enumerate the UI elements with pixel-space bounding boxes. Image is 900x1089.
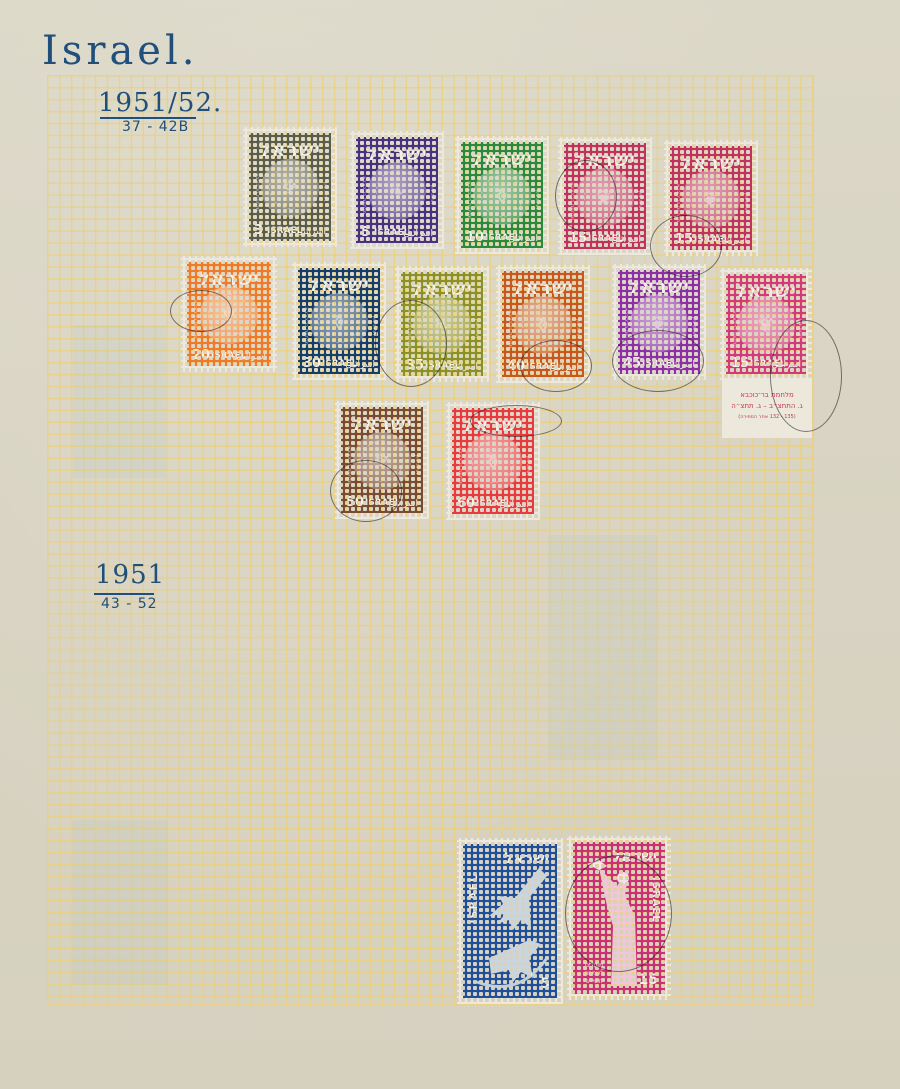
side-inscription: מלחמת בר־כוכבא xyxy=(252,165,260,219)
stamp-value: 50 xyxy=(346,495,364,510)
side-inscription: חרות ציון xyxy=(320,165,328,219)
stamp-country-arabic: اسرائيل xyxy=(665,360,695,370)
section-year-label: 1951/52. xyxy=(98,88,222,118)
stamp-design: ישראל⚱מלחמת בר־כוכבאחרות ציון40ISRAELاسر… xyxy=(502,271,584,377)
stamp-coin-15[interactable]: ישראל❦מלחמת בר־כוכבאחרות ציון15ISRAELاسر… xyxy=(558,137,652,255)
side-inscription: מלחמת בר־כוכבא xyxy=(404,304,412,354)
side-inscription: חרות ציון xyxy=(573,303,581,355)
stamp-design: ישראל❧מלחמת בר־כוכבאחרות ציון5ISRAELاسرا… xyxy=(356,137,438,243)
catalogue-range: 37 - 42B xyxy=(122,119,189,135)
side-inscription: מלחמת בר־כוכבא xyxy=(567,175,575,227)
side-inscription: חרות ציון xyxy=(472,304,480,354)
stamp-value: 30 xyxy=(303,356,321,371)
stamp-tab: מלחמת בר־כוכבאג. התתצ״ב – ג. תתצ״ה(135 -… xyxy=(722,380,812,438)
stamp-value: 20 xyxy=(192,348,210,363)
stamp-design: ישראל♆מלחמת בר־כוכבאחרות ציון3ISRAELاسرا… xyxy=(249,133,331,241)
stamp-country-arabic: اسرائيل xyxy=(448,362,478,372)
stamp-value: 60 xyxy=(457,496,475,511)
side-inscription: מלחמת בר־כוכבא xyxy=(673,178,681,228)
coin-motif-icon: ❦ xyxy=(597,185,614,209)
tab-line: ג. התתצ״ב – ג. תתצ״ה xyxy=(722,401,812,412)
coin-motif-icon: ⚱ xyxy=(485,450,502,474)
side-inscription: מלחמת בר־כוכבא xyxy=(190,294,198,344)
stamp-commemorative-5[interactable]: ישראלISRAEL5 xyxy=(457,838,563,1004)
album-page: Israel. 1951/52. 37 - 42B 1951 43 - 52 י… xyxy=(0,0,900,1089)
side-inscription: מלחמת בר־כוכבא xyxy=(729,306,737,352)
side-inscription: מלחמת בר־כוכבא xyxy=(359,169,367,221)
stamp-country-arabic: اسرائيل xyxy=(611,235,641,245)
stamp-value: 10 xyxy=(466,230,484,245)
stamp-coin-15[interactable]: ישראל❦מלחמת בר־כוכבאחרות ציון15ISRAELاسر… xyxy=(664,140,758,256)
side-inscription: חרות ציון xyxy=(260,294,268,344)
coin-motif-icon: ⚱ xyxy=(494,184,511,208)
coin-icon: ♆ xyxy=(200,286,258,344)
stamp-design: ישראל❦מלחמת בר־כוכבאחרות ציון15ISRAELاسر… xyxy=(726,274,806,374)
stamp-coin-30[interactable]: ישראל⚱מלחמת בר־כוכבאחרות ציון30ISRAELاسر… xyxy=(292,262,386,380)
coin-motif-icon: ❧ xyxy=(434,313,451,337)
stamp-coin-20[interactable]: ישראל♆מלחמת בר־כוכבאחרות ציון20ISRAELاسر… xyxy=(181,256,277,372)
stamp-value: 15 xyxy=(731,356,749,371)
stamp-value: 15 xyxy=(675,232,693,247)
stamp-bottom-inscription: מועדים לשמחה תשי״ב xyxy=(577,962,611,986)
stamp-coin-50[interactable]: ישראל♆מלחמת בר־כוכבאחרות ציון50ISRAELاسر… xyxy=(335,401,429,519)
side-inscription: מלחמת בר־כוכבא xyxy=(621,302,629,352)
stamp-design: ישראלISRAEL15מועדים לשמחה תשי״ב xyxy=(573,842,665,994)
tab-line: מלחמת בר־כוכבא xyxy=(722,390,812,401)
side-inscription: חרות ציון xyxy=(523,440,531,492)
stamp-design: ישראל❦מלחמת בר־כוכבאחרות ציון15ISRAELاسر… xyxy=(670,146,752,250)
stamp-coin-60[interactable]: ישראל⚱מלחמת בר־כוכבאחרות ציון60ISRAELاسر… xyxy=(446,402,540,520)
side-inscription: חרות ציון xyxy=(412,439,420,491)
side-inscription: חרות ציון xyxy=(689,302,697,352)
section-year-label: 1951 xyxy=(95,560,165,590)
stamp-country-arabic: اسرائيل xyxy=(296,227,326,237)
stamp-country-arabic: اسرائيل xyxy=(549,363,579,373)
coin-icon: ❦ xyxy=(630,294,688,352)
coin-icon: ❧ xyxy=(413,296,471,354)
stamp-value: 5 xyxy=(361,225,370,240)
coin-icon: ❧ xyxy=(368,162,426,220)
side-inscription: חרות ציון xyxy=(532,174,540,226)
stamp-design: ישראל⚱מלחמת בר־כוכבאחרות ציון10ISRAELاسر… xyxy=(461,142,543,248)
coin-motif-icon: ⚱ xyxy=(331,310,348,334)
side-inscription: חרות ציון xyxy=(369,300,377,352)
side-inscription: חרות ציון xyxy=(427,169,435,221)
stamp-design: ישראל❦מלחמת בר־כוכבאחרות ציון45ISRAELاسر… xyxy=(618,270,700,374)
stamp-design: ישראל♆מלחמת בר־כוכבאחרות ציון20ISRAELاسر… xyxy=(187,262,271,366)
stamp-country-arabic: اسرائيل xyxy=(403,229,433,239)
coin-icon: ⚱ xyxy=(514,296,572,354)
stamp-value: 3 xyxy=(254,223,263,238)
stamp-coin-5[interactable]: ישראל❧מלחמת בר־כוכבאחרות ציון5ISRAELاسرا… xyxy=(350,131,444,249)
side-inscription: מלחמת בר־כוכבא xyxy=(455,440,463,492)
stamp-hebrew-country: ישראל xyxy=(249,139,331,161)
stamp-value: 45 xyxy=(623,356,641,371)
coin-motif-icon: ❧ xyxy=(389,179,406,203)
year-underline xyxy=(94,593,154,595)
side-inscription: מלחמת בר־כוכבא xyxy=(344,439,352,491)
stamp-country-arabic: اسرائيل xyxy=(236,352,266,362)
stamp-country-arabic: اسرائيل xyxy=(717,236,747,246)
coin-icon: ♆ xyxy=(261,159,319,217)
stamp-design: ישראלISRAEL5 xyxy=(463,844,557,998)
side-inscription: מלחמת בר־כוכבא xyxy=(464,174,472,226)
stamp-coin-40[interactable]: ישראל⚱מלחמת בר־כוכבאחרות ציון40ISRAELاسر… xyxy=(496,265,590,383)
side-inscription: מלחמת בר־כוכבא xyxy=(505,303,513,355)
stamp-design: ישראל⚱מלחמת בר־כוכבאחרות ציון30ISRAELاسر… xyxy=(298,268,380,374)
stamp-commemorative-15[interactable]: ישראלISRAEL15מועדים לשמחה תשי״ב xyxy=(567,836,671,1000)
coin-motif-icon: ♆ xyxy=(373,449,391,473)
country-heading: Israel. xyxy=(42,28,198,74)
stamp-design: ישראל❧מלחמת בר־כוכבאחרות ציון35ISRAELاسر… xyxy=(401,272,483,376)
coin-icon: ❦ xyxy=(682,170,740,228)
stamp-coin-3[interactable]: ישראל♆מלחמת בר־כוכבאחרות ציון3ISRAELاسرا… xyxy=(243,127,337,247)
tab-line: (135 - 132 אחר הספירה) xyxy=(722,412,812,423)
stamp-design: ישראל♆מלחמת בר־כוכבאחרות ציון50ISRAELاسر… xyxy=(341,407,423,513)
coin-icon: ♆ xyxy=(353,432,411,490)
coin-icon: ❦ xyxy=(737,296,795,354)
side-inscription: חרות ציון xyxy=(795,306,803,352)
coin-motif-icon: ❦ xyxy=(651,311,668,335)
stamp-country-arabic: اسرائيل xyxy=(499,500,529,510)
coin-motif-icon: ♆ xyxy=(281,176,299,200)
coin-motif-icon: ⚱ xyxy=(535,313,552,337)
stamp-country-arabic: اسرائيل xyxy=(345,360,375,370)
stamp-value: 35 xyxy=(406,358,424,373)
stamp-ghost-mark xyxy=(72,820,168,985)
coin-icon: ⚱ xyxy=(473,167,531,225)
side-inscription: חרות ציון xyxy=(741,178,749,228)
stamp-coin-10[interactable]: ישראל⚱מלחמת בר־כוכבאחרות ציון10ISRAELاسر… xyxy=(455,136,549,254)
coin-icon: ⚱ xyxy=(310,293,368,351)
stamp-country-arabic: اسرائيل xyxy=(771,360,801,370)
stamp-design: ישראל❦מלחמת בר־כוכבאחרות ציון15ISRAELاسر… xyxy=(564,143,646,249)
catalogue-range: 43 - 52 xyxy=(101,596,158,612)
stamp-country-arabic: اسرائيل xyxy=(508,234,538,244)
coin-motif-icon: ♆ xyxy=(220,303,238,327)
stamp-coin-45[interactable]: ישראל❦מלחמת בר־כוכבאחרות ציון45ISRAELاسر… xyxy=(612,264,706,380)
coin-motif-icon: ❦ xyxy=(758,313,775,337)
airplane-icon xyxy=(469,858,557,998)
stamp-coin-35[interactable]: ישראל❧מלחמת בר־כוכבאחרות ציון35ISRAELاسر… xyxy=(395,266,489,382)
coin-icon: ❦ xyxy=(576,168,634,226)
side-inscription: מלחמת בר־כוכבא xyxy=(301,300,309,352)
coin-icon: ⚱ xyxy=(464,433,522,491)
side-inscription: חרות ציון xyxy=(635,175,643,227)
coin-motif-icon: ❦ xyxy=(703,187,720,211)
stamp-ghost-mark xyxy=(73,325,166,478)
stamp-ghost-mark xyxy=(548,535,658,760)
stamp-coin-15[interactable]: ישראל❦מלחמת בר־כוכבאחרות ציון15ISRAELاسر… xyxy=(720,268,812,380)
stamp-country-arabic: اسرائيل xyxy=(388,499,418,509)
stamp-design: ישראל⚱מלחמת בר־כוכבאחרות ציון60ISRAELاسر… xyxy=(452,408,534,514)
stamp-value: 40 xyxy=(507,359,525,374)
stamp-value: 15 xyxy=(569,231,587,246)
